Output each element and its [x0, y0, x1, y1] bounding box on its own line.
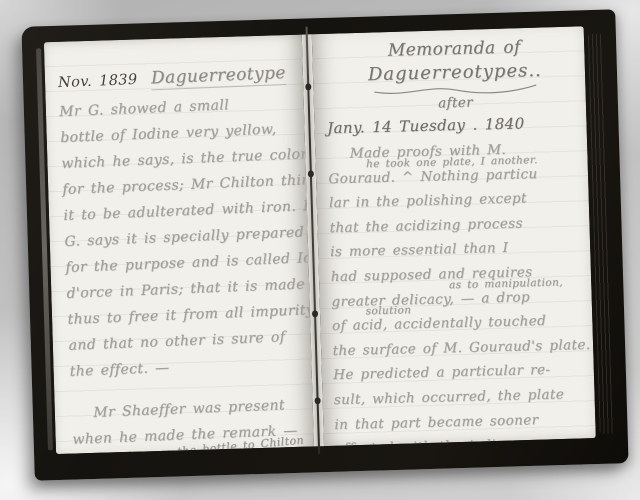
notebook: Nov. 1839 Daguerreotype Mr G. showed a s… [21, 9, 628, 480]
entry-date-nov-1839: Nov. 1839 [58, 72, 138, 91]
stitch-knot [308, 170, 314, 177]
stitch-knot [315, 397, 321, 404]
left-page-text: Nov. 1839 Daguerreotype Mr G. showed a s… [57, 58, 312, 455]
right-page-text: Memoranda of Daguerreotypes.. after Jany… [325, 34, 593, 446]
left-page: Nov. 1839 Daguerreotype Mr G. showed a s… [44, 35, 314, 454]
stitch-knot [312, 310, 318, 317]
photo-background: Nov. 1839 Daguerreotype Mr G. showed a s… [0, 0, 640, 500]
open-pages: Nov. 1839 Daguerreotype Mr G. showed a s… [44, 26, 596, 454]
right-page: Memoranda of Daguerreotypes.. after Jany… [312, 26, 596, 446]
stitch-knot [305, 84, 311, 91]
page-heading: Daguerreotypes.. [326, 58, 585, 88]
left-page-title: Daguerreotype [151, 63, 287, 90]
